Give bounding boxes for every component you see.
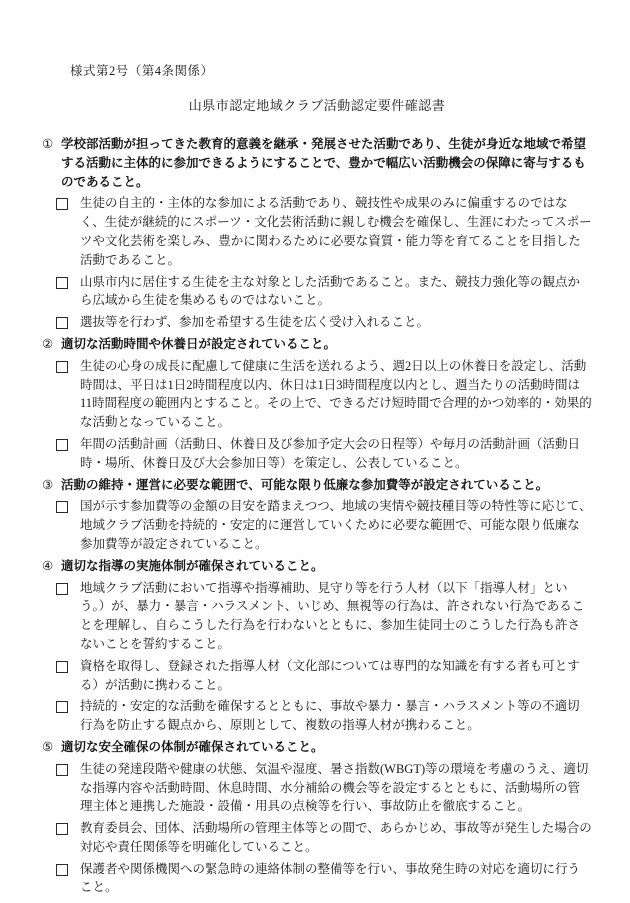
checklist-item: 生徒の自主的・主体的な参加による活動であり、競技性や成果のみに偏重するのではなく…: [56, 194, 592, 269]
section-heading: ④適切な指導の実施体制が確保されていること。: [42, 557, 592, 576]
checkbox[interactable]: [56, 701, 68, 713]
checkbox[interactable]: [56, 361, 68, 373]
checklist-item-text: 持続的・安定的な活動を確保するとともに、事故や暴力・暴言・ハラスメント等の不適切…: [80, 697, 592, 735]
checklist-item: 生徒の発達段階や健康の状態、気温や湿度、暑さ指数(WBGT)等の環境を考慮のうえ…: [56, 760, 592, 816]
section-number: ⑤: [42, 738, 61, 757]
section: ⑤適切な安全確保の体制が確保されていること。生徒の発達段階や健康の状態、気温や湿…: [42, 738, 592, 897]
document-page: 様式第2号（第4条関係） 山県市認定地域クラブ活動認定要件確認書 ①学校部活動が…: [0, 0, 630, 903]
sections-container: ①学校部活動が担ってきた教育的意義を継承・発展させた活動であり、生徒が身近な地域…: [42, 135, 592, 897]
checkbox[interactable]: [56, 439, 68, 451]
section-heading-text: 学校部活動が担ってきた教育的意義を継承・発展させた活動であり、生徒が身近な地域で…: [61, 135, 592, 191]
checklist-item-text: 教育委員会、団体、活動場所の管理主体等との間で、あらかじめ、事故等が発生した場合…: [80, 819, 592, 857]
checkbox[interactable]: [56, 198, 68, 210]
checklist-item-text: 資格を取得し、登録された指導人材（文化部については専門的な知識を有する者も可とす…: [80, 657, 592, 695]
section-heading: ③活動の維持・運営に必要な範囲で、可能な限り低廉な参加費等が設定されていること。: [42, 476, 592, 495]
checkbox[interactable]: [56, 583, 68, 595]
section-heading: ⑤適切な安全確保の体制が確保されていること。: [42, 738, 592, 757]
checklist-item-text: 年間の活動計画（活動日、休養日及び参加予定大会の日程等）や毎月の活動計画（活動日…: [80, 435, 592, 473]
section-number: ②: [42, 335, 61, 354]
section: ②適切な活動時間や休養日が設定されていること。生徒の心身の成長に配慮して健康に生…: [42, 335, 592, 473]
checkbox[interactable]: [56, 277, 68, 289]
checkbox[interactable]: [56, 764, 68, 776]
checklist-item: 保護者や関係機関への緊急時の連絡体制の整備等を行い、事故発生時の対応を適切に行う…: [56, 860, 592, 898]
section-number: ③: [42, 476, 61, 495]
checklist-item-text: 保護者や関係機関への緊急時の連絡体制の整備等を行い、事故発生時の対応を適切に行う…: [80, 860, 592, 898]
section-heading-text: 適切な指導の実施体制が確保されていること。: [61, 557, 592, 576]
section-heading: ②適切な活動時間や休養日が設定されていること。: [42, 335, 592, 354]
checklist-item-text: 国が示す参加費等の金額の目安を踏まえつつ、地域の実情や競技種目等の特性等に応じて…: [80, 497, 592, 553]
checklist-item-text: 山県市内に居住する生徒を主な対象とした活動であること。また、競技力強化等の観点か…: [80, 273, 592, 311]
checklist-item-text: 選抜等を行わず、参加を希望する生徒を広く受け入れること。: [80, 313, 592, 332]
checkbox[interactable]: [56, 864, 68, 876]
checklist-item: 地域クラブ活動において指導や指導補助、見守り等を行う人材（以下「指導人材」という…: [56, 579, 592, 654]
section: ④適切な指導の実施体制が確保されていること。地域クラブ活動において指導や指導補助…: [42, 557, 592, 735]
checklist-item-text: 生徒の心身の成長に配慮して健康に生活を送れるよう、週2日以上の休養日を設定し、活…: [80, 357, 592, 432]
section-heading: ①学校部活動が担ってきた教育的意義を継承・発展させた活動であり、生徒が身近な地域…: [42, 135, 592, 191]
checklist-item: 持続的・安定的な活動を確保するとともに、事故や暴力・暴言・ハラスメント等の不適切…: [56, 697, 592, 735]
section: ③活動の維持・運営に必要な範囲で、可能な限り低廉な参加費等が設定されていること。…: [42, 476, 592, 554]
checklist-item: 年間の活動計画（活動日、休養日及び参加予定大会の日程等）や毎月の活動計画（活動日…: [56, 435, 592, 473]
section-heading-text: 適切な活動時間や休養日が設定されていること。: [61, 335, 592, 354]
checklist-item-text: 地域クラブ活動において指導や指導補助、見守り等を行う人材（以下「指導人材」という…: [80, 579, 592, 654]
checklist-item-text: 生徒の発達段階や健康の状態、気温や湿度、暑さ指数(WBGT)等の環境を考慮のうえ…: [80, 760, 592, 816]
checkbox[interactable]: [56, 317, 68, 329]
document-title: 山県市認定地域クラブ活動認定要件確認書: [42, 96, 592, 115]
checklist-item: 選抜等を行わず、参加を希望する生徒を広く受け入れること。: [56, 313, 592, 332]
section: ①学校部活動が担ってきた教育的意義を継承・発展させた活動であり、生徒が身近な地域…: [42, 135, 592, 332]
checklist-item: 山県市内に居住する生徒を主な対象とした活動であること。また、競技力強化等の観点か…: [56, 273, 592, 311]
checkbox[interactable]: [56, 823, 68, 835]
checklist-item-text: 生徒の自主的・主体的な参加による活動であり、競技性や成果のみに偏重するのではなく…: [80, 194, 592, 269]
section-number: ①: [42, 135, 61, 191]
form-number: 様式第2号（第4条関係）: [70, 62, 592, 81]
section-number: ④: [42, 557, 61, 576]
checklist-item: 生徒の心身の成長に配慮して健康に生活を送れるよう、週2日以上の休養日を設定し、活…: [56, 357, 592, 432]
checkbox[interactable]: [56, 661, 68, 673]
checklist-item: 国が示す参加費等の金額の目安を踏まえつつ、地域の実情や競技種目等の特性等に応じて…: [56, 497, 592, 553]
checkbox[interactable]: [56, 501, 68, 513]
checklist-item: 資格を取得し、登録された指導人材（文化部については専門的な知識を有する者も可とす…: [56, 657, 592, 695]
checklist-item: 教育委員会、団体、活動場所の管理主体等との間で、あらかじめ、事故等が発生した場合…: [56, 819, 592, 857]
section-heading-text: 適切な安全確保の体制が確保されていること。: [61, 738, 592, 757]
section-heading-text: 活動の維持・運営に必要な範囲で、可能な限り低廉な参加費等が設定されていること。: [61, 476, 592, 495]
